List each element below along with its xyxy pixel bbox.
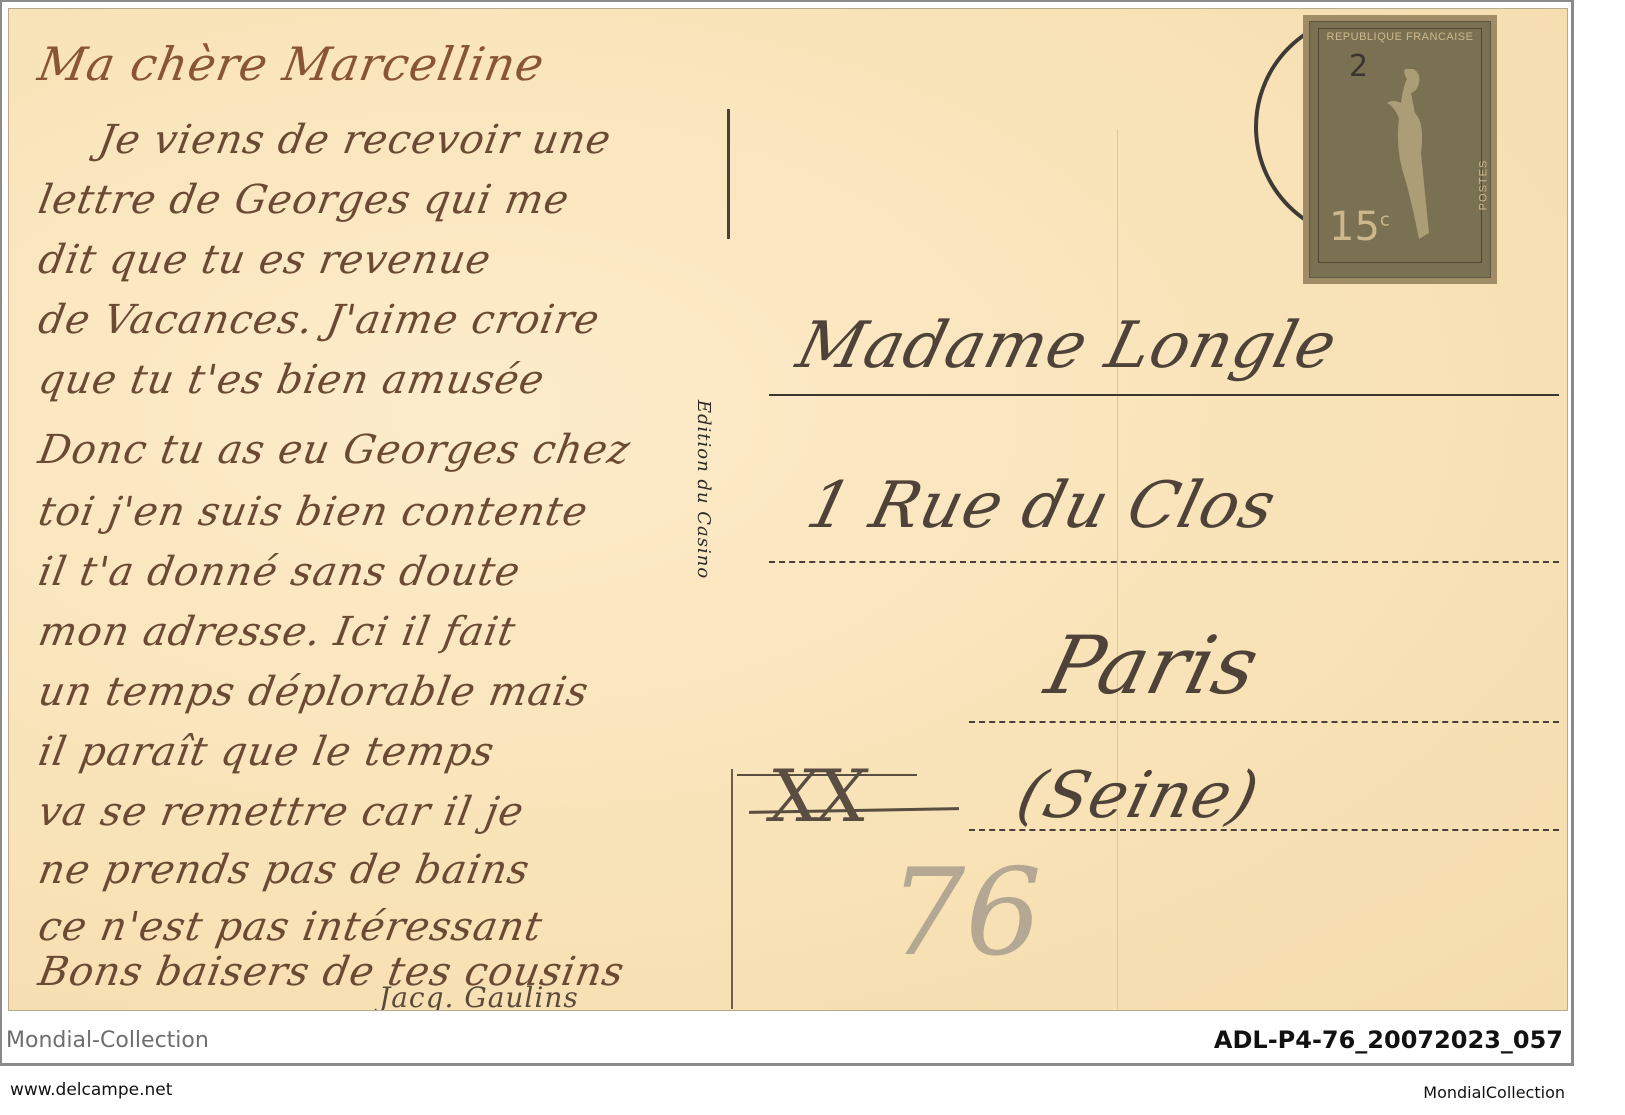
publisher-imprint-text: Edition du Casino xyxy=(693,400,714,579)
postcard: SEINE REPUBLIQUE FRANCAISE POSTES 15c 2 … xyxy=(8,8,1568,1011)
address-rule-3 xyxy=(969,721,1559,723)
item-reference: ADL-P4-76_20072023_057 xyxy=(1214,1026,1563,1054)
message-line: il paraît que le temps xyxy=(35,729,498,775)
message-line: lettre de Georges qui me xyxy=(35,177,573,223)
message-line: que tu t'es bien amusée xyxy=(35,357,548,403)
message-line: mon adresse. Ici il fait xyxy=(35,609,520,655)
message-line: Je viens de recevoir une xyxy=(95,117,615,163)
stamp-country: REPUBLIQUE FRANCAISE xyxy=(1319,31,1481,43)
card-divider-top xyxy=(727,109,730,239)
address-rule-1 xyxy=(769,394,1559,396)
message-line: toi j'en suis bien contente xyxy=(35,489,592,535)
address-department: (Seine) xyxy=(1010,759,1267,833)
brand-label: MondialCollection xyxy=(1423,1083,1565,1102)
watermark-logo: Mondial-Collection xyxy=(6,1028,209,1053)
faint-vertical-rule xyxy=(1117,129,1118,1009)
pencil-annotation: 76 xyxy=(889,844,1042,983)
message-line: de Vacances. J'aime croire xyxy=(35,297,603,343)
message-line: ne prends pas de bains xyxy=(35,847,534,893)
signature: Jacq. Gaulins xyxy=(379,981,579,1011)
message-line: va se remettre car il je xyxy=(35,789,528,835)
message-line: ce n'est pas intéressant xyxy=(35,904,546,950)
sower-figure-icon xyxy=(1381,59,1441,259)
stamp-value-number: 15 xyxy=(1329,204,1380,250)
xx-strike-line-top xyxy=(737,774,917,776)
address-recipient: Madame Longle xyxy=(790,309,1345,383)
message-greeting: Ma chère Marcelline xyxy=(34,37,549,91)
address-street: 1 Rue du Clos xyxy=(800,469,1283,543)
address-city: Paris xyxy=(1037,619,1268,712)
address-rule-4 xyxy=(969,829,1559,831)
crossed-xx-mark: XX xyxy=(763,754,869,838)
stamp-value: 15c xyxy=(1329,204,1390,250)
card-divider-bottom xyxy=(731,769,733,1009)
address-rule-2 xyxy=(769,561,1559,563)
message-line: dit que tu es revenue xyxy=(35,237,495,283)
stamp-value-unit: c xyxy=(1380,210,1390,231)
image-frame: SEINE REPUBLIQUE FRANCAISE POSTES 15c 2 … xyxy=(0,0,1574,1066)
message-line: un temps déplorable mais xyxy=(35,669,592,715)
delcampe-link[interactable]: www.delcampe.net xyxy=(10,1080,172,1100)
stamp-border: REPUBLIQUE FRANCAISE POSTES 15c xyxy=(1318,28,1482,263)
message-line: il t'a donné sans doute xyxy=(35,549,524,595)
postage-stamp: REPUBLIQUE FRANCAISE POSTES 15c xyxy=(1309,21,1491,278)
publisher-imprint: Edition du Casino xyxy=(709,369,749,619)
stamp-postes-label: POSTES xyxy=(1478,160,1490,211)
postmark-date: 2 xyxy=(1349,49,1368,84)
message-line: Donc tu as eu Georges chez xyxy=(35,427,634,473)
